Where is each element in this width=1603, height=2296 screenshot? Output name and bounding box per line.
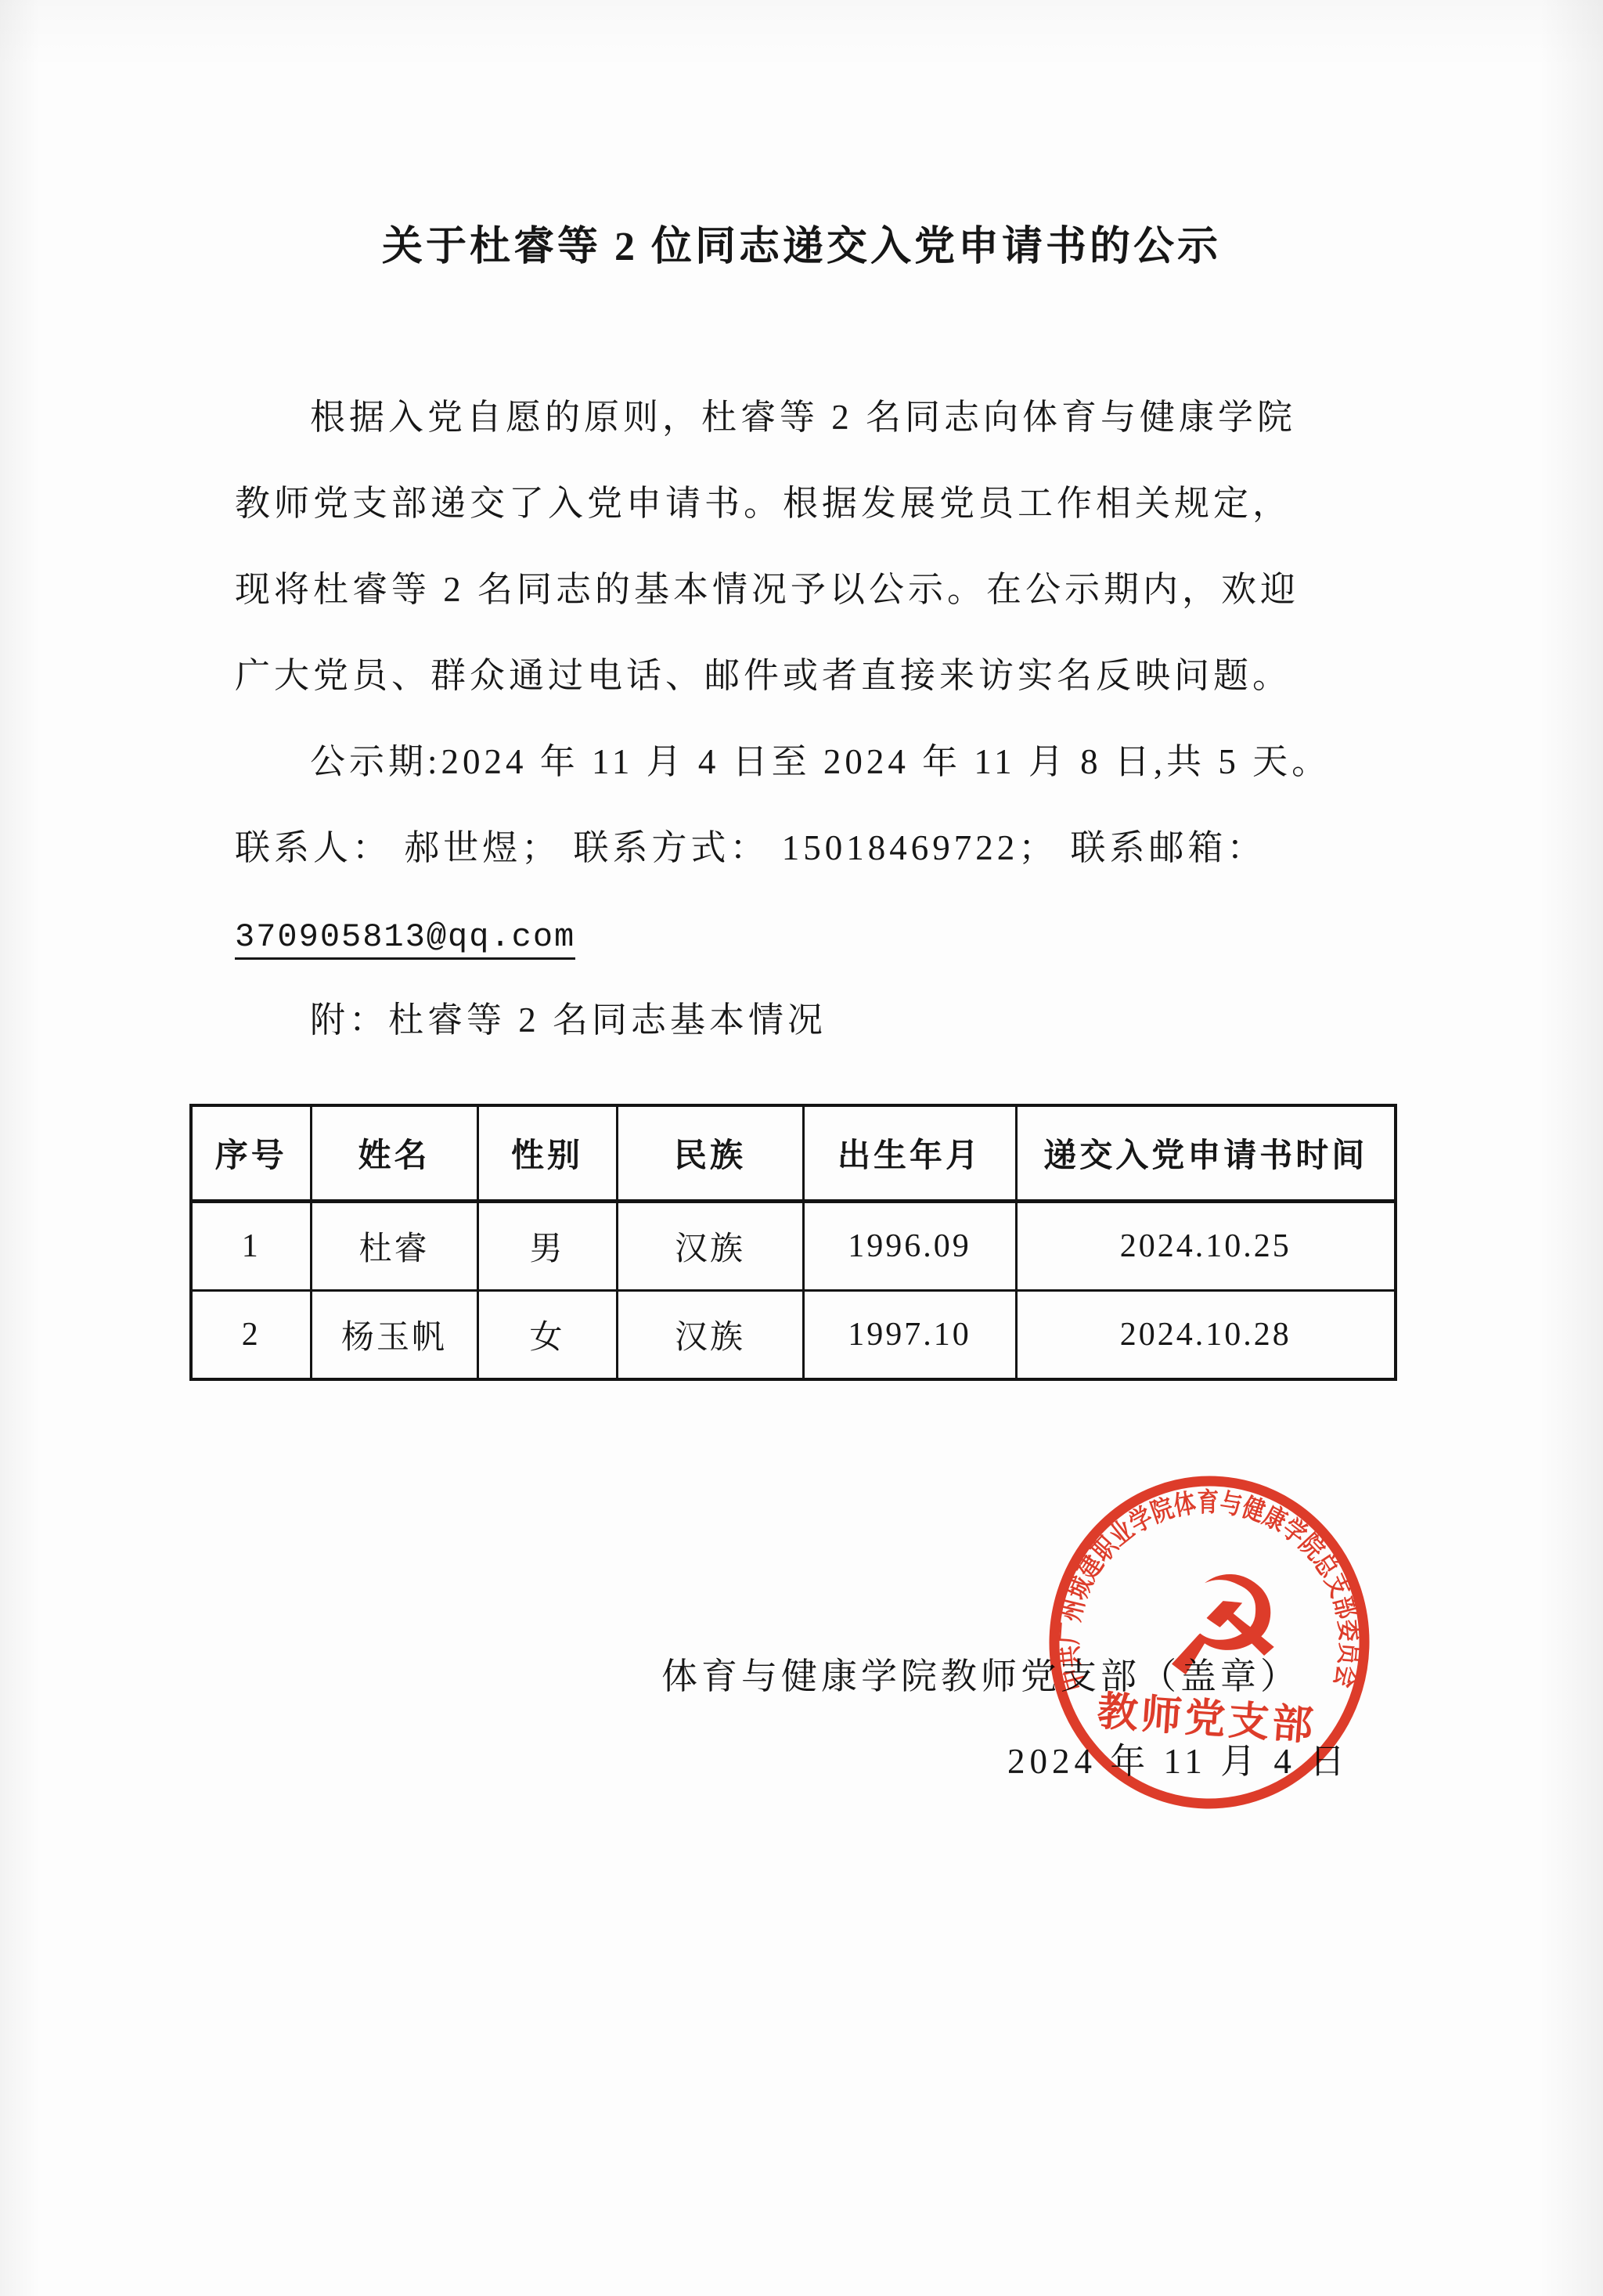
body-line: 公示期:2024 年 11 月 4 日至 2024 年 11 月 8 日,共 5… bbox=[235, 719, 1378, 805]
seal-bottom-text: 教师党支部 bbox=[1096, 1689, 1317, 1749]
table-header-cell: 姓名 bbox=[311, 1105, 477, 1202]
table-cell: 1997.10 bbox=[803, 1291, 1016, 1380]
email-line: 370905813@qq.com bbox=[235, 891, 1378, 977]
document-page: 关于杜睿等 2 位同志递交入党申请书的公示 根据入党自愿的原则，杜睿等 2 名同… bbox=[0, 0, 1603, 2296]
table-cell: 2 bbox=[191, 1291, 311, 1380]
table-cell: 2024.10.25 bbox=[1016, 1202, 1396, 1291]
body-line: 根据入党自愿的原则，杜睿等 2 名同志向体育与健康学院 bbox=[235, 374, 1378, 460]
table-header-row: 序号姓名性别民族出生年月递交入党申请书时间 bbox=[191, 1105, 1396, 1202]
body-line: 教师党支部递交了入党申请书。根据发展党员工作相关规定， bbox=[235, 460, 1378, 546]
table-cell: 1996.09 bbox=[803, 1202, 1016, 1291]
body-line: 附：杜睿等 2 名同志基本情况 bbox=[235, 977, 1378, 1063]
table-header-cell: 性别 bbox=[477, 1105, 617, 1202]
email-text: 370905813@qq.com bbox=[235, 918, 575, 960]
party-branch-seal: 中共广州城建职业学院体育与健康学院总支部委员会 ☭ 教师党支部 bbox=[1031, 1464, 1387, 1820]
body-line: 联系人： 郝世煜； 联系方式： 15018469722； 联系邮箱： bbox=[235, 805, 1378, 891]
basic-info-table: 序号姓名性别民族出生年月递交入党申请书时间 1杜睿男汉族1996.092024.… bbox=[189, 1104, 1397, 1381]
body-line: 广大党员、群众通过电话、邮件或者直接来访实名反映问题。 bbox=[235, 633, 1378, 719]
table-cell: 1 bbox=[191, 1202, 311, 1291]
table-cell: 杨玉帆 bbox=[311, 1291, 477, 1380]
table-cell: 杜睿 bbox=[311, 1202, 477, 1291]
table-cell: 汉族 bbox=[617, 1202, 803, 1291]
body-text: 根据入党自愿的原则，杜睿等 2 名同志向体育与健康学院教师党支部递交了入党申请书… bbox=[235, 374, 1378, 1063]
table-header-cell: 递交入党申请书时间 bbox=[1016, 1105, 1396, 1202]
table-header-cell: 序号 bbox=[191, 1105, 311, 1202]
table-cell: 男 bbox=[477, 1202, 617, 1291]
table-cell: 2024.10.28 bbox=[1016, 1291, 1396, 1380]
page-title: 关于杜睿等 2 位同志递交入党申请书的公示 bbox=[0, 213, 1603, 272]
table-header-cell: 民族 bbox=[617, 1105, 803, 1202]
table-row: 1杜睿男汉族1996.092024.10.25 bbox=[191, 1202, 1396, 1291]
table-header-cell: 出生年月 bbox=[803, 1105, 1016, 1202]
body-line: 现将杜睿等 2 名同志的基本情况予以公示。在公示期内，欢迎 bbox=[235, 546, 1378, 633]
hammer-sickle-icon: ☭ bbox=[1158, 1548, 1288, 1707]
table-cell: 女 bbox=[477, 1291, 617, 1380]
table-body: 1杜睿男汉族1996.092024.10.252杨玉帆女汉族1997.10202… bbox=[191, 1202, 1396, 1380]
table-cell: 汉族 bbox=[617, 1291, 803, 1380]
table-row: 2杨玉帆女汉族1997.102024.10.28 bbox=[191, 1291, 1396, 1380]
